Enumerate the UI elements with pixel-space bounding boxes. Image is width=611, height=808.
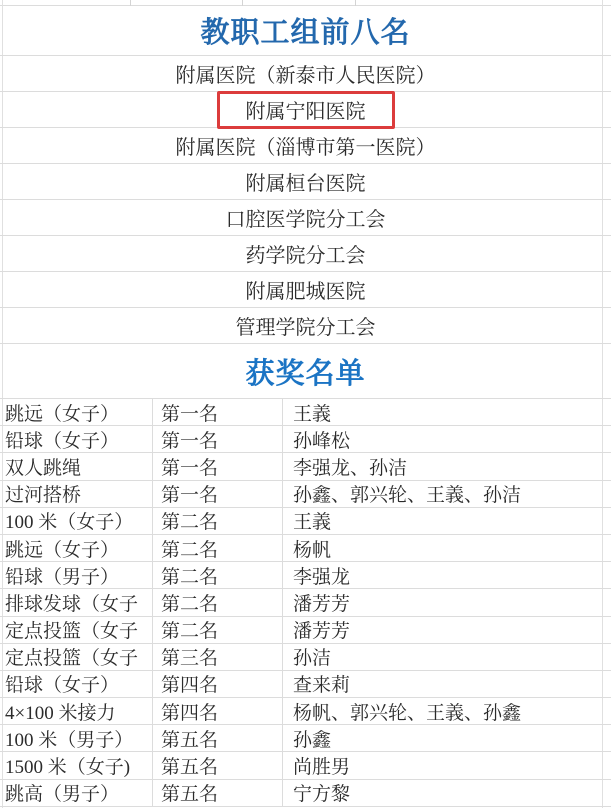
award-row: 100 米（女子） 第二名 王義 xyxy=(0,508,611,535)
award-winners-cell: 李强龙 xyxy=(283,562,611,588)
ranking-item-label: 附属医院（新泰市人民医院） xyxy=(176,59,436,88)
award-rank-cell: 第二名 xyxy=(153,562,283,588)
ranking-item: 管理学院分工会 xyxy=(0,308,611,344)
award-winners-cell: 王義 xyxy=(283,399,611,425)
award-winners-cell: 潘芳芳 xyxy=(283,589,611,615)
ranking-item-label: 管理学院分工会 xyxy=(236,311,376,340)
award-winners-cell: 孙鑫 xyxy=(283,725,611,751)
award-row: 过河搭桥 第一名 孙鑫、郭兴轮、王義、孙洁 xyxy=(0,481,611,508)
award-row: 跳高（男子） 第五名 宁方黎 xyxy=(0,780,611,807)
award-rank-cell: 第一名 xyxy=(153,399,283,425)
ranking-item: 附属医院（新泰市人民医院） xyxy=(0,56,611,92)
award-row: 排球发球（女子 第二名 潘芳芳 xyxy=(0,589,611,616)
award-winners-cell: 宁方黎 xyxy=(283,780,611,806)
award-winners-cell: 孙洁 xyxy=(283,644,611,670)
award-row: 定点投篮（女子 第三名 孙洁 xyxy=(0,644,611,671)
award-event-cell: 定点投篮（女子 xyxy=(0,644,153,670)
ranking-item: 附属医院（淄博市第一医院） xyxy=(0,128,611,164)
award-winners-cell: 王義 xyxy=(283,508,611,534)
award-rank-cell: 第三名 xyxy=(153,644,283,670)
ranking-title: 教职工组前八名 xyxy=(200,10,410,51)
ranking-item-label: 药学院分工会 xyxy=(246,239,366,268)
award-row: 定点投篮（女子 第二名 潘芳芳 xyxy=(0,617,611,644)
award-rank-cell: 第五名 xyxy=(153,780,283,806)
awards-title: 获奖名单 xyxy=(245,351,365,392)
award-event-cell: 跳远（女子） xyxy=(0,399,153,425)
award-event-cell: 跳远（女子） xyxy=(0,535,153,561)
award-rank-cell: 第四名 xyxy=(153,698,283,724)
award-rank-cell: 第一名 xyxy=(153,453,283,479)
award-row: 1500 米（女子) 第五名 尚胜男 xyxy=(0,752,611,779)
award-event-cell: 100 米（男子） xyxy=(0,725,153,751)
award-row: 铅球（男子） 第二名 李强龙 xyxy=(0,562,611,589)
award-event-cell: 排球发球（女子 xyxy=(0,589,153,615)
award-event-cell: 铅球（女子） xyxy=(0,426,153,452)
ranking-item-label: 附属肥城医院 xyxy=(246,275,366,304)
award-event-cell: 定点投篮（女子 xyxy=(0,617,153,643)
ranking-item: 药学院分工会 xyxy=(0,236,611,272)
award-winners-cell: 尚胜男 xyxy=(283,752,611,778)
award-rank-cell: 第二名 xyxy=(153,589,283,615)
awards-title-row: 获奖名单 xyxy=(0,344,611,399)
award-event-cell: 跳高（男子） xyxy=(0,780,153,806)
award-rank-cell: 第五名 xyxy=(153,725,283,751)
award-winners-cell: 潘芳芳 xyxy=(283,617,611,643)
award-winners-cell: 孙鑫、郭兴轮、王義、孙洁 xyxy=(283,481,611,507)
award-event-cell: 4×100 米接力 xyxy=(0,698,153,724)
award-rank-cell: 第二名 xyxy=(153,617,283,643)
ranking-item-label: 附属医院（淄博市第一医院） xyxy=(176,131,436,160)
award-event-cell: 铅球（女子） xyxy=(0,671,153,697)
award-row: 100 米（男子） 第五名 孙鑫 xyxy=(0,725,611,752)
ranking-item-label: 口腔医学院分工会 xyxy=(226,203,386,232)
award-rank-cell: 第一名 xyxy=(153,426,283,452)
ranking-item-highlighted: 附属宁阳医院 xyxy=(0,92,611,128)
ranking-item: 附属肥城医院 xyxy=(0,272,611,308)
award-winners-cell: 查来莉 xyxy=(283,671,611,697)
award-rank-cell: 第二名 xyxy=(153,535,283,561)
award-rank-cell: 第一名 xyxy=(153,481,283,507)
ranking-item: 附属桓台医院 xyxy=(0,164,611,200)
award-rank-cell: 第二名 xyxy=(153,508,283,534)
award-winners-cell: 杨帆 xyxy=(283,535,611,561)
award-row: 跳远（女子） 第二名 杨帆 xyxy=(0,535,611,562)
ranking-item-label: 附属桓台医院 xyxy=(246,167,366,196)
award-row: 铅球（女子） 第一名 孙峰松 xyxy=(0,426,611,453)
award-row: 4×100 米接力 第四名 杨帆、郭兴轮、王義、孙鑫 xyxy=(0,698,611,725)
ranking-item-label: 附属宁阳医院 xyxy=(246,101,366,123)
award-event-cell: 过河搭桥 xyxy=(0,481,153,507)
award-winners-cell: 李强龙、孙洁 xyxy=(283,453,611,479)
award-event-cell: 100 米（女子） xyxy=(0,508,153,534)
award-rank-cell: 第四名 xyxy=(153,671,283,697)
highlight-box: 附属宁阳医院 xyxy=(217,91,395,129)
award-winners-cell: 孙峰松 xyxy=(283,426,611,452)
award-event-cell: 1500 米（女子) xyxy=(0,752,153,778)
award-winners-cell: 杨帆、郭兴轮、王義、孙鑫 xyxy=(283,698,611,724)
award-row: 双人跳绳 第一名 李强龙、孙洁 xyxy=(0,453,611,480)
award-row: 铅球（女子） 第四名 查来莉 xyxy=(0,671,611,698)
award-event-cell: 双人跳绳 xyxy=(0,453,153,479)
ranking-title-row: 教职工组前八名 xyxy=(0,5,611,56)
spreadsheet-screenshot: 教职工组前八名 附属医院（新泰市人民医院） 附属宁阳医院 附属医院（淄博市第一医… xyxy=(0,0,611,808)
ranking-item: 口腔医学院分工会 xyxy=(0,200,611,236)
award-event-cell: 铅球（男子） xyxy=(0,562,153,588)
award-row: 跳远（女子） 第一名 王義 xyxy=(0,399,611,426)
award-rank-cell: 第五名 xyxy=(153,752,283,778)
